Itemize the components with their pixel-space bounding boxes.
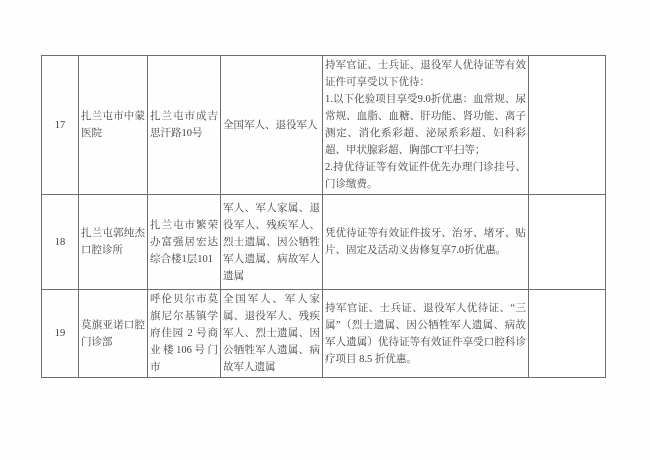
institution-name: 扎兰屯市中蒙医院 (79, 56, 148, 195)
empty-cell (529, 290, 606, 378)
table-row: 18 扎兰屯郭纯杰口腔诊所 扎兰屯市繁荣办富强居宏达综合楼1层101 军人、军人… (42, 195, 606, 290)
empty-cell (529, 195, 606, 290)
benefit-description: 持军官证、士兵证、退役军人优待证、“三属”（烈士遗属、因公牺牲军人遗属、病故军人… (323, 290, 529, 378)
institution-name: 莫旗亚诺口腔门诊部 (79, 290, 148, 378)
document-page: 17 扎兰屯市中蒙医院 扎兰屯市成吉思汗路10号 全国军人、退役军人 持军官证、… (0, 0, 650, 460)
row-number: 19 (42, 290, 79, 378)
eligible-groups: 全国军人、军人家属、退役军人、残疾军人、烈士遗属、因公牺牲军人遗属、病故军人遗属 (221, 290, 323, 378)
table-row: 19 莫旗亚诺口腔门诊部 呼伦贝尔市莫旗尼尔基镇学府佳园 2 号商业楼106号门… (42, 290, 606, 378)
row-number: 17 (42, 56, 79, 195)
eligible-groups: 军人、军人家属、退役军人、残疾军人、烈士遗属、因公牺牲军人遗属、病故军人遗属 (221, 195, 323, 290)
institution-address: 呼伦贝尔市莫旗尼尔基镇学府佳园 2 号商业楼106号门市 (148, 290, 221, 378)
institution-address: 扎兰屯市繁荣办富强居宏达综合楼1层101 (148, 195, 221, 290)
empty-cell (529, 56, 606, 195)
benefits-table: 17 扎兰屯市中蒙医院 扎兰屯市成吉思汗路10号 全国军人、退役军人 持军官证、… (41, 55, 606, 378)
benefit-description: 持军官证、士兵证、退役军人优待证等有效证件可享受以下优待： 1.以下化验项目享受… (323, 56, 529, 195)
benefit-description: 凭优待证等有效证件拔牙、治牙、堵牙、贴片、固定及活动义齿修复享7.0折优惠。 (323, 195, 529, 290)
institution-name: 扎兰屯郭纯杰口腔诊所 (79, 195, 148, 290)
table-row: 17 扎兰屯市中蒙医院 扎兰屯市成吉思汗路10号 全国军人、退役军人 持军官证、… (42, 56, 606, 195)
eligible-groups: 全国军人、退役军人 (221, 56, 323, 195)
institution-address: 扎兰屯市成吉思汗路10号 (148, 56, 221, 195)
row-number: 18 (42, 195, 79, 290)
